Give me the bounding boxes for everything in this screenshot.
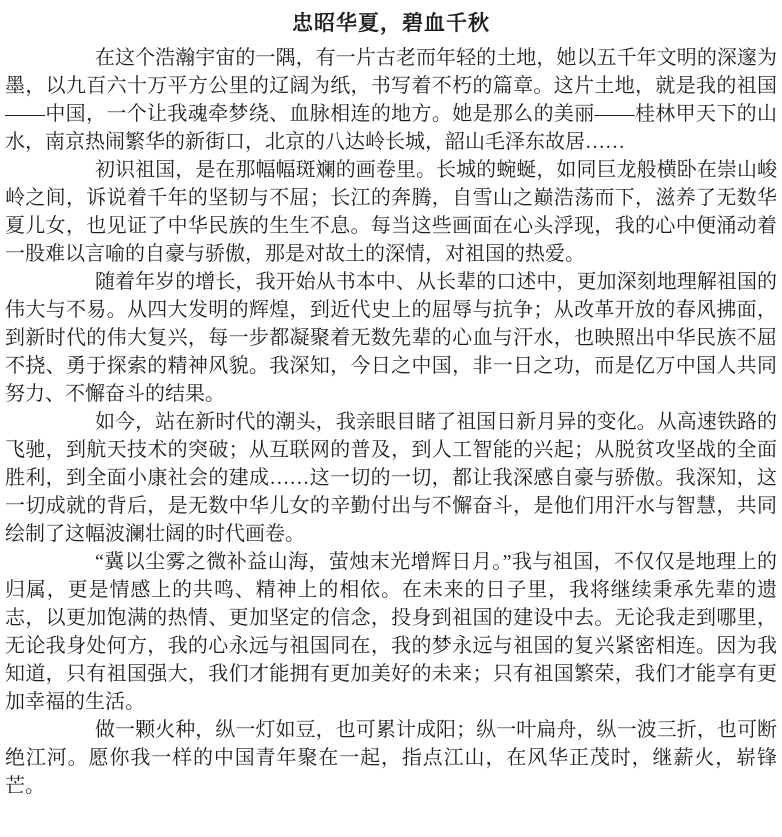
paragraph-quote-and-devotion: “冀以尘雾之微补益山海，萤烛末光增辉日月。”我与祖国，不仅仅是地理上的归属，更是… bbox=[5, 548, 777, 716]
paragraph-closing-call: 做一颗火种，纵一灯如豆，也可累计成阳；纵一叶扁舟，纵一波三折，也可断绝江河。愿你… bbox=[5, 716, 777, 800]
paragraph-intro-motherland: 在这个浩瀚宇宙的一隅，有一片古老而年轻的土地，她以五千年文明的深邃为墨，以九百六… bbox=[5, 44, 777, 156]
paragraph-growing-understanding: 随着年岁的增长，我开始从书本中、从长辈的口述中，更加深刻地理解祖国的伟大与不易。… bbox=[5, 268, 777, 408]
paragraph-first-impressions: 初识祖国，是在那幅幅斑斓的画卷里。长城的蜿蜒，如同巨龙般横卧在崇山峻岭之间，诉说… bbox=[5, 156, 777, 268]
essay-title: 忠昭华夏，碧血千秋 bbox=[5, 9, 777, 37]
paragraph-new-era-changes: 如今，站在新时代的潮头，我亲眼目睹了祖国日新月异的变化。从高速铁路的飞驰，到航天… bbox=[5, 408, 777, 548]
essay-document: 忠昭华夏，碧血千秋 在这个浩瀚宇宙的一隅，有一片古老而年轻的土地，她以五千年文明… bbox=[0, 0, 782, 837]
